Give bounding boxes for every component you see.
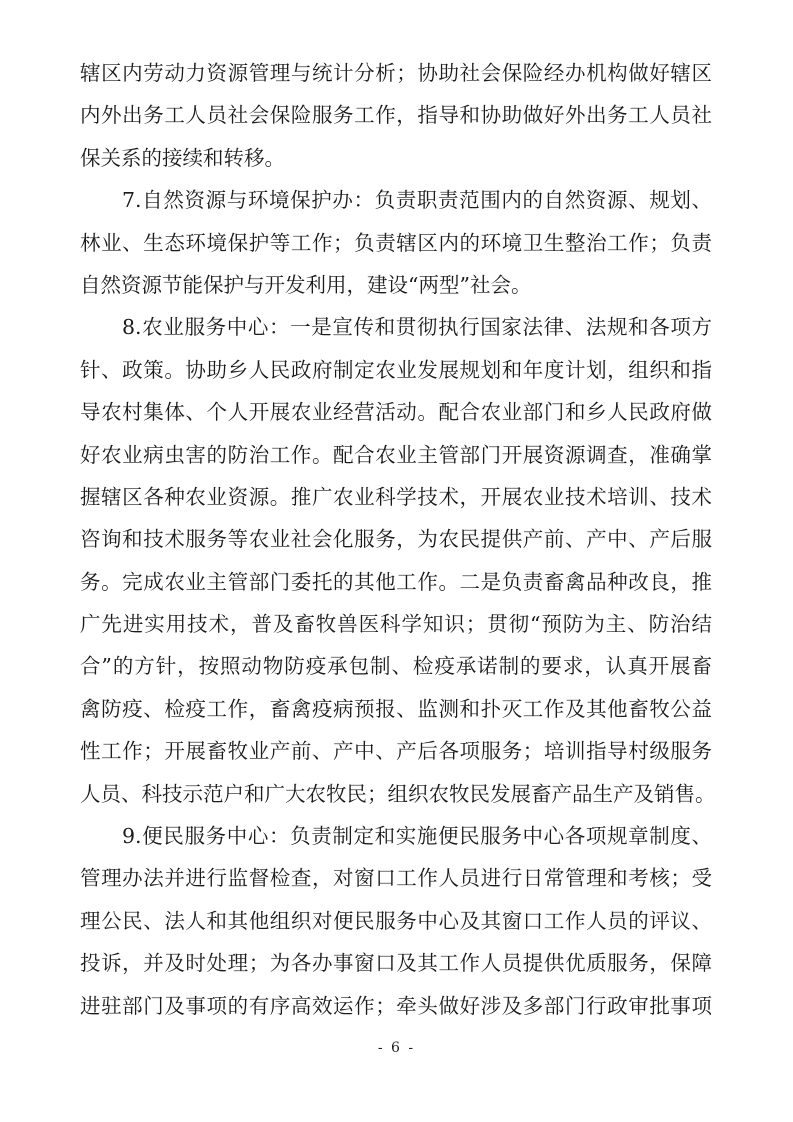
text-line: 务。完成农业主管部门委托的其他工作。二是负责畜禽品种改良，推 — [80, 561, 712, 603]
text-line: 投诉，并及时处理；为各办事窗口及其工作人员提供优质服务，保障 — [80, 942, 712, 984]
section-8-heading-line: 8.农业服务中心：一是宣传和贯彻执行国家法律、法规和各项方 — [80, 306, 712, 348]
text-line: 咨询和技术服务等农业社会化服务，为农民提供产前、产中、产后服 — [80, 518, 712, 560]
text-line: 导农村集体、个人开展农业经营活动。配合农业部门和乡人民政府做 — [80, 391, 712, 433]
text-line: 好农业病虫害的防治工作。配合农业主管部门开展资源调查，准确掌 — [80, 434, 712, 476]
text-line: 自然资源节能保护与开发利用，建设“两型”社会。 — [80, 264, 712, 306]
document-page: 辖区内劳动力资源管理与统计分析；协助社会保险经办机构做好辖区 内外出务工人员社会… — [0, 0, 793, 1122]
text-line: 理公民、法人和其他组织对便民服务中心及其窗口工作人员的评议、 — [80, 900, 712, 942]
text-line: 林业、生态环境保护等工作；负责辖区内的环境卫生整治工作；负责 — [80, 222, 712, 264]
page-number: - 6 - — [0, 1040, 793, 1056]
text-line: 管理办法并进行监督检查，对窗口工作人员进行日常管理和考核；受 — [80, 857, 712, 899]
text-line: 内外出务工人员社会保险服务工作，指导和协助做好外出务工人员社 — [80, 94, 712, 136]
section-9-heading-line: 9.便民服务中心：负责制定和实施便民服务中心各项规章制度、 — [80, 815, 712, 857]
text-line: 保关系的接续和转移。 — [80, 137, 712, 179]
text-line: 广先进实用技术，普及畜牧兽医科学知识；贯彻“预防为主、防治结 — [80, 603, 712, 645]
body-text: 辖区内劳动力资源管理与统计分析；协助社会保险经办机构做好辖区 内外出务工人员社会… — [80, 52, 712, 1027]
text-line: 合”的方针，按照动物防疫承包制、检疫承诺制的要求，认真开展畜 — [80, 645, 712, 687]
text-line: 辖区内劳动力资源管理与统计分析；协助社会保险经办机构做好辖区 — [80, 52, 712, 94]
text-line: 针、政策。协助乡人民政府制定农业发展规划和年度计划，组织和指 — [80, 349, 712, 391]
text-line: 人员、科技示范户和广大农牧民；组织农牧民发展畜产品生产及销售。 — [80, 773, 712, 815]
text-line: 性工作；开展畜牧业产前、产中、产后各项服务；培训指导村级服务 — [80, 730, 712, 772]
text-line: 禽防疫、检疫工作，畜禽疫病预报、监测和扑灭工作及其他畜牧公益 — [80, 688, 712, 730]
section-7-heading-line: 7.自然资源与环境保护办：负责职责范围内的自然资源、规划、 — [80, 179, 712, 221]
text-line: 握辖区各种农业资源。推广农业科学技术，开展农业技术培训、技术 — [80, 476, 712, 518]
text-line: 进驻部门及事项的有序高效运作；牵头做好涉及多部门行政审批事项 — [80, 985, 712, 1027]
